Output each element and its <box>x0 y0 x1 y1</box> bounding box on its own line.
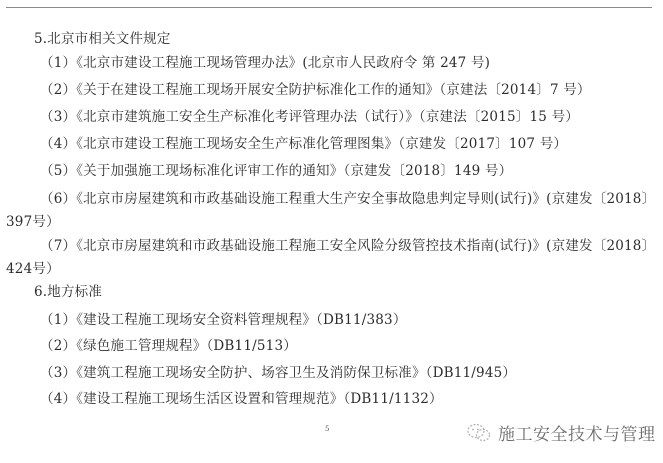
list-item-continuation: 397号） <box>6 213 60 231</box>
page-number: 5 <box>325 425 329 433</box>
list-item: （4）《北京市建设工程施工现场安全生产标准化管理图集》（京建发〔2017〕107… <box>40 135 567 153</box>
wechat-icon <box>466 423 492 443</box>
watermark: 施工安全技术与管理 <box>466 420 656 445</box>
watermark-text: 施工安全技术与管理 <box>498 420 656 445</box>
list-item: （1）《建设工程施工现场安全资料管理规程》（DB11/383） <box>40 311 407 329</box>
list-item: （5）《关于加强施工现场标准化评审工作的通知》（京建发〔2018〕149 号） <box>40 162 512 180</box>
section-6-heading: 6.地方标准 <box>34 283 102 301</box>
section-5-heading: 5.北京市相关文件规定 <box>34 30 171 48</box>
list-item: （4）《建设工程施工现场生活区设置和管理规范》（DB11/1132） <box>40 390 443 408</box>
list-item: （2）《绿色施工管理规程》（DB11/513） <box>40 337 297 355</box>
list-item: （2）《关于在建设工程施工现场开展安全防护标准化工作的通知》（京建法〔2014〕… <box>40 81 591 99</box>
list-item: （3）《北京市建筑施工安全生产标准化考评管理办法（试行）》（京建法〔2015〕1… <box>40 108 579 126</box>
list-item: （3）《建筑工程施工现场安全防护、场容卫生及消防保卫标准》（DB11/945） <box>40 364 516 382</box>
top-rule <box>6 7 652 8</box>
list-item: （1）《北京市建设工程施工现场管理办法》(北京市人民政府令 第 247 号) <box>40 54 490 72</box>
list-item: （6）《北京市房屋建筑和市政基础设施工程重大生产安全事故隐患判定导则(试行)》(… <box>40 190 655 208</box>
list-item: （7）《北京市房屋建筑和市政基础设施工程施工安全风险分级管控技术指南(试行)》(… <box>40 237 655 255</box>
list-item-continuation: 424号） <box>6 260 60 278</box>
